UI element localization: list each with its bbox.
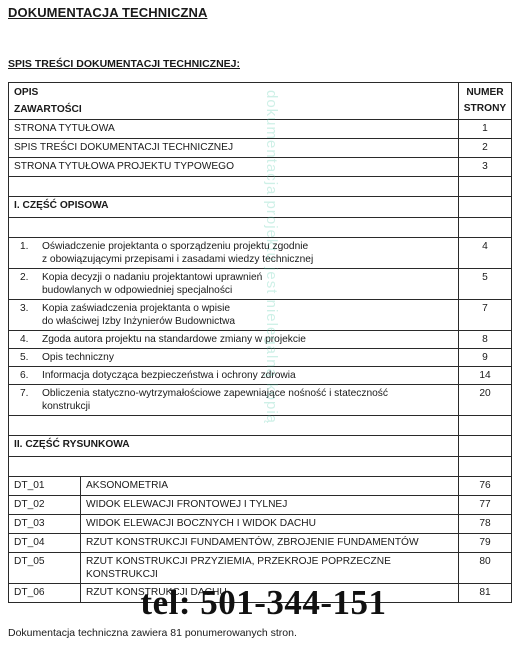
item-desc: 2.Kopia decyzji o nadaniu projektantowi … xyxy=(9,269,459,300)
section-title: I. CZĘŚĆ OPISOWA xyxy=(9,197,459,218)
item-index: 7. xyxy=(14,387,42,413)
table-row: DT_03 WIDOK ELEWACJI BOCZNYCH I WIDOK DA… xyxy=(9,515,512,534)
table-row: 1.Oświadczenie projektanta o sporządzeni… xyxy=(9,238,512,269)
item-line2: konstrukcji xyxy=(42,400,453,413)
blank-cell xyxy=(459,177,512,197)
item-line1: Zgoda autora projektu na standardowe zmi… xyxy=(42,333,453,346)
item-page: 7 xyxy=(459,300,512,331)
table-row: DT_02 WIDOK ELEWACJI FRONTOWEJ I TYLNEJ … xyxy=(9,496,512,515)
item-desc: 7.Obliczenia statyczno-wytrzymałościowe … xyxy=(9,385,459,416)
item-index: 2. xyxy=(14,271,42,297)
item-desc: 6.Informacja dotycząca bezpieczeństwa i … xyxy=(9,367,459,385)
item-index: 5. xyxy=(14,351,42,364)
table-row: 5.Opis techniczny 9 xyxy=(9,349,512,367)
section-page xyxy=(459,436,512,457)
section-page xyxy=(459,197,512,218)
blank-row xyxy=(9,416,512,436)
item-page: 8 xyxy=(459,331,512,349)
item-line1: Kopia decyzji o nadaniu projektantowi up… xyxy=(42,271,453,284)
item-index: 3. xyxy=(14,302,42,328)
item-line1: Informacja dotycząca bezpieczeństwa i oc… xyxy=(42,369,453,382)
section-row-opisowa: I. CZĘŚĆ OPISOWA xyxy=(9,197,512,218)
footer-note: Dokumentacja techniczna zawiera 81 ponum… xyxy=(8,627,297,639)
item-page: 9 xyxy=(459,349,512,367)
drawing-line1: RZUT KONSTRUKCJI PRZYZIEMIA, PRZEKROJE P… xyxy=(86,555,453,568)
drawing-line2: KONSTRUKCJI xyxy=(86,568,453,581)
header-desc-line1: OPIS xyxy=(14,84,453,101)
item-desc: 1.Oświadczenie projektanta o sporządzeni… xyxy=(9,238,459,269)
blank-cell xyxy=(9,177,459,197)
item-line2: z obowiązującymi przepisami i zasadami w… xyxy=(42,253,453,266)
item-page: 14 xyxy=(459,367,512,385)
drawing-title: WIDOK ELEWACJI FRONTOWEJ I TYLNEJ xyxy=(81,496,459,515)
item-line1: Oświadczenie projektanta o sporządzeniu … xyxy=(42,240,453,253)
item-desc: 5.Opis techniczny xyxy=(9,349,459,367)
drawing-page: 79 xyxy=(459,534,512,553)
blank-cell xyxy=(459,416,512,436)
toc-heading: SPIS TREŚCI DOKUMENTACJI TECHNICZNEJ: xyxy=(8,58,240,70)
row-label: STRONA TYTUŁOWA PROJEKTU TYPOWEGO xyxy=(9,158,459,177)
drawing-page: 77 xyxy=(459,496,512,515)
table-row: SPIS TREŚCI DOKUMENTACJI TECHNICZNEJ 2 xyxy=(9,139,512,158)
phone-number: tel: 501-344-151 xyxy=(0,583,527,623)
drawing-line1: RZUT KONSTRUKCJI FUNDAMENTÓW, ZBROJENIE … xyxy=(86,536,453,549)
drawing-page: 78 xyxy=(459,515,512,534)
blank-cell xyxy=(459,457,512,477)
toc-header-row: OPIS ZAWARTOŚCI NUMER STRONY xyxy=(9,83,512,120)
item-line1: Opis techniczny xyxy=(42,351,453,364)
section-row-rysunkowa: II. CZĘŚĆ RYSUNKOWA xyxy=(9,436,512,457)
table-row: 7.Obliczenia statyczno-wytrzymałościowe … xyxy=(9,385,512,416)
blank-cell xyxy=(9,416,459,436)
blank-cell xyxy=(9,457,459,477)
item-page: 5 xyxy=(459,269,512,300)
item-index: 1. xyxy=(14,240,42,266)
drawing-code: DT_04 xyxy=(9,534,81,553)
table-row: STRONA TYTUŁOWA 1 xyxy=(9,120,512,139)
header-num-line1: NUMER xyxy=(461,85,509,101)
drawing-line1: WIDOK ELEWACJI FRONTOWEJ I TYLNEJ xyxy=(86,498,453,511)
header-page-number: NUMER STRONY xyxy=(459,83,512,120)
blank-row xyxy=(9,218,512,238)
section-title: II. CZĘŚĆ RYSUNKOWA xyxy=(9,436,459,457)
row-label: STRONA TYTUŁOWA xyxy=(9,120,459,139)
item-desc: 3.Kopia zaświadczenia projektanta o wpis… xyxy=(9,300,459,331)
table-row: 3.Kopia zaświadczenia projektanta o wpis… xyxy=(9,300,512,331)
row-page: 2 xyxy=(459,139,512,158)
drawing-page: 80 xyxy=(459,553,512,584)
drawing-line1: AKSONOMETRIA xyxy=(86,479,453,492)
item-line1: Kopia zaświadczenia projektanta o wpisie xyxy=(42,302,453,315)
item-index: 4. xyxy=(14,333,42,346)
item-page: 4 xyxy=(459,238,512,269)
row-label: SPIS TREŚCI DOKUMENTACJI TECHNICZNEJ xyxy=(9,139,459,158)
drawing-code: DT_02 xyxy=(9,496,81,515)
item-index: 6. xyxy=(14,369,42,382)
drawing-code: DT_05 xyxy=(9,553,81,584)
blank-row xyxy=(9,177,512,197)
drawing-code: DT_01 xyxy=(9,477,81,496)
blank-cell xyxy=(9,218,459,238)
blank-cell xyxy=(459,218,512,238)
row-page: 3 xyxy=(459,158,512,177)
blank-row xyxy=(9,457,512,477)
document-title: DOKUMENTACJA TECHNICZNA xyxy=(8,5,207,20)
item-line2: do właściwej Izby Inżynierów Budownictwa xyxy=(42,315,453,328)
drawing-page: 76 xyxy=(459,477,512,496)
table-row: DT_01 AKSONOMETRIA 76 xyxy=(9,477,512,496)
table-row: STRONA TYTUŁOWA PROJEKTU TYPOWEGO 3 xyxy=(9,158,512,177)
row-page: 1 xyxy=(459,120,512,139)
table-row: 4.Zgoda autora projektu na standardowe z… xyxy=(9,331,512,349)
drawing-code: DT_03 xyxy=(9,515,81,534)
item-line2: budowlanych w odpowiedniej specjalności xyxy=(42,284,453,297)
table-row: DT_04 RZUT KONSTRUKCJI FUNDAMENTÓW, ZBRO… xyxy=(9,534,512,553)
item-line1: Obliczenia statyczno-wytrzymałościowe za… xyxy=(42,387,453,400)
item-page: 20 xyxy=(459,385,512,416)
drawing-title: RZUT KONSTRUKCJI PRZYZIEMIA, PRZEKROJE P… xyxy=(81,553,459,584)
item-desc: 4.Zgoda autora projektu na standardowe z… xyxy=(9,331,459,349)
header-description: OPIS ZAWARTOŚCI xyxy=(9,83,459,120)
header-num-line2: STRONY xyxy=(461,101,509,117)
drawing-title: WIDOK ELEWACJI BOCZNYCH I WIDOK DACHU xyxy=(81,515,459,534)
header-desc-line2: ZAWARTOŚCI xyxy=(14,101,453,118)
drawing-line1: WIDOK ELEWACJI BOCZNYCH I WIDOK DACHU xyxy=(86,517,453,530)
toc-table: OPIS ZAWARTOŚCI NUMER STRONY STRONA TYTU… xyxy=(8,82,512,603)
table-row: 2.Kopia decyzji o nadaniu projektantowi … xyxy=(9,269,512,300)
table-row: 6.Informacja dotycząca bezpieczeństwa i … xyxy=(9,367,512,385)
table-row: DT_05 RZUT KONSTRUKCJI PRZYZIEMIA, PRZEK… xyxy=(9,553,512,584)
drawing-title: RZUT KONSTRUKCJI FUNDAMENTÓW, ZBROJENIE … xyxy=(81,534,459,553)
drawing-title: AKSONOMETRIA xyxy=(81,477,459,496)
